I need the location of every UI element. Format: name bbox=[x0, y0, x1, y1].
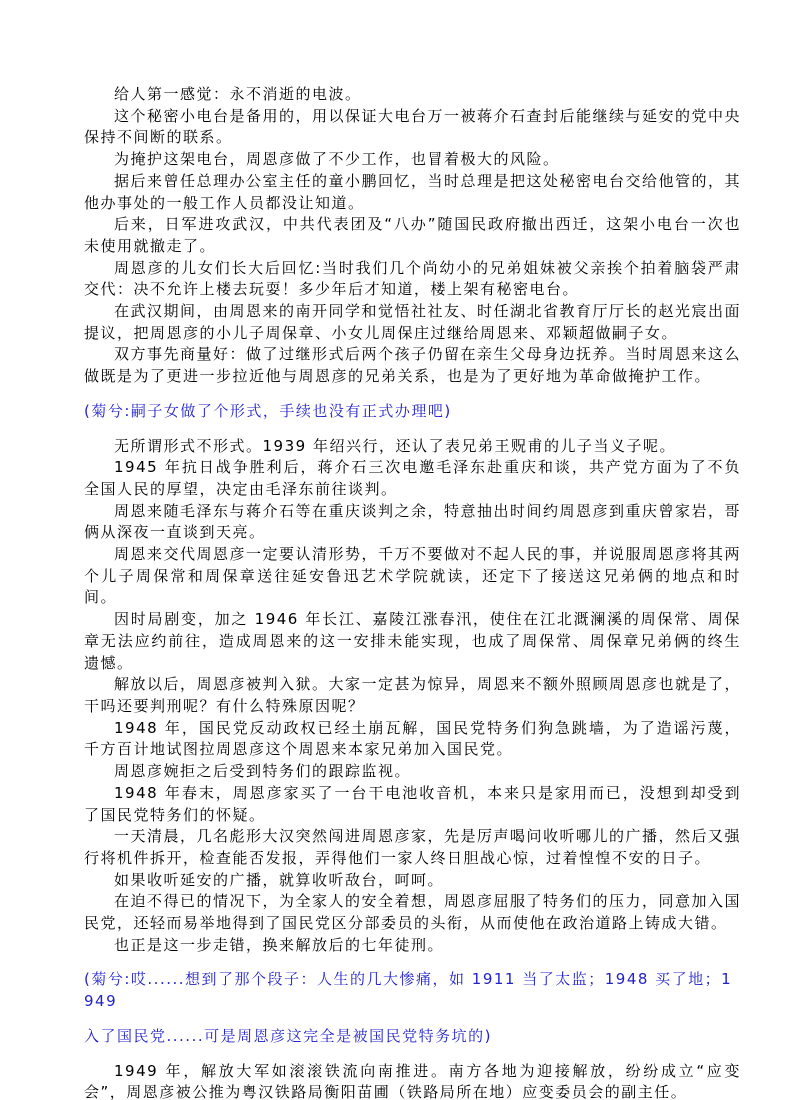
body-paragraph: 给人第一感觉：永不消逝的电波。 bbox=[84, 84, 741, 106]
body-paragraph: 也正是这一步走错，换来解放后的七年徒刑。 bbox=[84, 935, 741, 957]
body-paragraph: 周恩来随毛泽东与蒋介石等在重庆谈判之余，特意抽出时间约周恩彦到重庆曾家岩，哥俩从… bbox=[84, 501, 741, 544]
body-paragraph: 1949 年，解放大军如滚滚铁流向南推进。南方各地为迎接解放，纷纷成立“应变会”… bbox=[84, 1061, 741, 1100]
body-paragraph: 1945 年抗日战争胜利后，蒋介石三次电邀毛泽东赴重庆和谈，共产党方面为了不负全… bbox=[84, 457, 741, 500]
body-paragraph: 在迫不得已的情况下，为全家人的安全着想，周恩彦屈服了特务们的压力，同意加入国民党… bbox=[84, 891, 741, 934]
body-paragraph: 周恩来交代周恩彦一定要认清形势，千万不要做对不起人民的事，并说服周恩彦将其两个儿… bbox=[84, 544, 741, 609]
body-paragraph: 一天清晨，几名彪形大汉突然闯进周恩彦家，先是厉声喝问收听哪儿的广播，然后又强行将… bbox=[84, 826, 741, 869]
reader-comment-paragraph: (菊兮:嗣子女做了个形式，手续也没有正式办理吧) bbox=[84, 401, 741, 423]
body-paragraph: 周恩彦的儿女们长大后回忆:当时我们几个尚幼小的兄弟姐妹被父亲挨个拍着脑袋严肃交代… bbox=[84, 258, 741, 301]
reader-comment-paragraph: 入了国民党......可是周恩彦这完全是被国民党特务坑的) bbox=[84, 1026, 741, 1048]
paragraph-list: 给人第一感觉：永不消逝的电波。这个秘密小电台是备用的，用以保证大电台万一被蒋介石… bbox=[84, 84, 741, 1100]
body-paragraph: 这个秘密小电台是备用的，用以保证大电台万一被蒋介石查封后能继续与延安的党中央保持… bbox=[84, 106, 741, 149]
body-paragraph: 在武汉期间，由周恩来的南开同学和觉悟社社友、时任湖北省教育厅厅长的赵光宸出面提议… bbox=[84, 301, 741, 344]
body-paragraph: 因时局剧变，加之 1946 年长江、嘉陵江涨春汛，使住在江北溉澜溪的周保常、周保… bbox=[84, 609, 741, 674]
body-paragraph: 据后来曾任总理办公室主任的童小鹏回忆，当时总理是把这处秘密电台交给他管的，其他办… bbox=[84, 171, 741, 214]
document-page: 给人第一感觉：永不消逝的电波。这个秘密小电台是备用的，用以保证大电台万一被蒋介石… bbox=[0, 0, 800, 1100]
body-paragraph: 后来，日军进攻武汉，中共代表团及“八办”随国民政府撤出西迁，这架小电台一次也未使… bbox=[84, 214, 741, 257]
body-paragraph: 无所谓形式不形式。1939 年绍兴行，还认了表兄弟王贶甫的儿子当义子呢。 bbox=[84, 436, 741, 458]
body-paragraph: 1948 年春末，周恩彦家买了一台干电池收音机，本来只是家用而已，没想到却受到了… bbox=[84, 783, 741, 826]
body-paragraph: 双方事先商量好：做了过继形式后两个孩子仍留在亲生父母身边抚养。当时周恩来这么做既… bbox=[84, 344, 741, 387]
body-paragraph: 为掩护这架电台，周恩彦做了不少工作，也冒着极大的风险。 bbox=[84, 149, 741, 171]
body-paragraph: 周恩彦婉拒之后受到特务们的跟踪监视。 bbox=[84, 761, 741, 783]
body-paragraph: 解放以后，周恩彦被判入狱。大家一定甚为惊异，周恩来不额外照顾周恩彦也就是了，干吗… bbox=[84, 674, 741, 717]
reader-comment-paragraph: (菊兮:哎......想到了那个段子：人生的几大惨痛，如 1911 当了太监；1… bbox=[84, 969, 741, 1012]
body-paragraph: 1948 年，国民党反动政权已经土崩瓦解，国民党特务们狗急跳墙，为了造谣污蔑，千… bbox=[84, 718, 741, 761]
body-paragraph: 如果收听延安的广播，就算收听敌台，呵呵。 bbox=[84, 870, 741, 892]
